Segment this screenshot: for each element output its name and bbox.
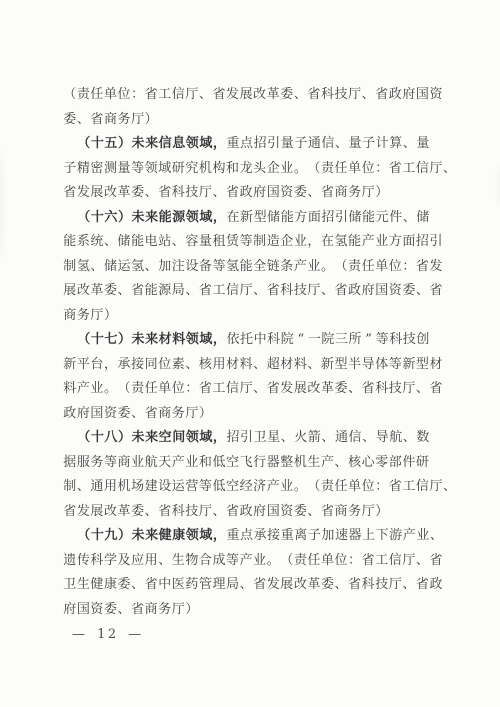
char-cell: 元 xyxy=(375,206,389,231)
char-cell: 省 xyxy=(266,279,280,304)
char-cell: 厅 xyxy=(239,279,253,304)
char-cell: 健 xyxy=(158,524,172,549)
char-cell: 核 xyxy=(348,451,362,476)
char-cell: 下 xyxy=(375,524,389,549)
char-cell: 站 xyxy=(158,230,172,255)
text-line: 料产业。（责任单位：省工信厅、省发展改革委、省科技厅、省 xyxy=(63,377,443,402)
char-cell: 测 xyxy=(104,157,118,182)
char-cell: 国 xyxy=(416,83,430,108)
text-line: 新平台，承接同位素、核用材料、超材料、新型半导体等新型材 xyxy=(63,353,443,378)
char-cell: （ xyxy=(334,255,348,280)
scan-smudge xyxy=(0,150,4,260)
section-heading: （十六）未来能源领域， xyxy=(77,210,226,225)
char-cell: 点 xyxy=(240,132,254,157)
char-cell: 、 xyxy=(185,279,199,304)
char-cell: 研 xyxy=(172,157,186,182)
char-cell: 用 xyxy=(212,353,226,378)
char-cell: 注 xyxy=(172,255,186,280)
char-cell: 产 xyxy=(294,255,308,280)
char-cell: 任 xyxy=(361,255,375,280)
char-cell: 政 xyxy=(429,573,443,598)
char-cell: 业 xyxy=(375,230,389,255)
char-cell: 委 xyxy=(63,108,77,133)
char-cell: 新 xyxy=(63,353,77,378)
text-line: （十七）未来材料领域，依托中科院“一院三所”等科技创 xyxy=(63,328,443,353)
char-cell: 、 xyxy=(117,598,131,623)
char-cell: 改 xyxy=(104,181,118,206)
char-cell: 、 xyxy=(443,157,457,182)
char-cell: 商 xyxy=(104,108,118,133)
text-line: 制、通用机场建设运营等低空经济产业。（责任单位：省工信厅、 xyxy=(63,475,443,500)
char-cell: 、 xyxy=(212,500,226,525)
char-cell: 单 xyxy=(348,157,362,182)
char-cell: 委 xyxy=(131,500,145,525)
char-cell: 、 xyxy=(117,279,131,304)
char-cell: 改 xyxy=(253,83,267,108)
char-cell: 科 xyxy=(389,328,403,353)
char-cell: 及 xyxy=(117,549,131,574)
char-cell: 五 xyxy=(104,132,118,157)
char-cell: 头 xyxy=(253,157,267,182)
char-cell: 资 xyxy=(104,402,118,427)
char-cell: 电 xyxy=(144,230,158,255)
char-cell: 能 xyxy=(131,230,145,255)
char-cell: ： xyxy=(185,377,199,402)
char-cell: 、 xyxy=(321,279,335,304)
text-line: 省发展改革委、省科技厅、省政府国资委、省商务厅） xyxy=(63,181,443,206)
char-cell: 、 xyxy=(362,426,376,451)
char-cell: 来 xyxy=(145,132,159,157)
char-cell: 改 xyxy=(77,279,91,304)
char-cell: 超 xyxy=(266,353,280,378)
char-cell: 件 xyxy=(389,206,403,231)
char-cell: 八 xyxy=(104,426,118,451)
char-cell: 算 xyxy=(389,132,403,157)
char-cell: 十 xyxy=(91,206,105,231)
char-cell: 单 xyxy=(321,549,335,574)
char-cell: 府 xyxy=(77,402,91,427)
char-cell: 省 xyxy=(321,181,335,206)
char-cell: 生 xyxy=(77,573,91,598)
char-cell: （ xyxy=(77,328,91,353)
char-cell: 省 xyxy=(199,377,213,402)
char-cell: 重 xyxy=(226,132,240,157)
char-cell: 资 xyxy=(429,83,443,108)
char-cell: ， xyxy=(213,132,227,157)
char-cell: 厅 xyxy=(361,500,375,525)
char-cell: 系 xyxy=(77,230,91,255)
char-cell: 料 xyxy=(63,377,77,402)
char-cell: 十 xyxy=(91,426,105,451)
char-cell: 成 xyxy=(212,549,226,574)
char-cell: ） xyxy=(375,500,389,525)
char-cell: ： xyxy=(375,475,389,500)
char-cell: 厅 xyxy=(348,83,362,108)
char-cell: 低 xyxy=(212,451,226,476)
char-cell: 展 xyxy=(294,377,308,402)
char-cell: 未 xyxy=(131,426,145,451)
char-cell: 部 xyxy=(389,451,403,476)
char-cell: 领 xyxy=(186,328,200,353)
char-cell: 平 xyxy=(77,353,91,378)
char-cell: 等 xyxy=(104,451,118,476)
char-cell: 在 xyxy=(226,206,240,231)
char-cell: 责 xyxy=(131,377,145,402)
char-cell: 件 xyxy=(402,451,416,476)
char-cell: 依 xyxy=(226,328,240,353)
char-cell: ） xyxy=(144,108,158,133)
char-cell: 和 xyxy=(199,451,213,476)
char-cell: 游 xyxy=(389,524,403,549)
char-cell: 、 xyxy=(253,353,267,378)
char-cell: 航 xyxy=(144,451,158,476)
char-cell: 工 xyxy=(158,83,172,108)
char-cell: 未 xyxy=(131,132,145,157)
char-cell: 数 xyxy=(416,426,430,451)
char-cell: 医 xyxy=(172,573,186,598)
char-cell: ， xyxy=(213,426,227,451)
char-cell: 务 xyxy=(77,304,91,329)
char-cell: （ xyxy=(77,426,91,451)
text-line: （十六）未来能源领域，在新型储能方面招引储能元件、储 xyxy=(63,206,443,231)
char-cell: 储 xyxy=(348,206,362,231)
section-heading: （十九）未来健康领域， xyxy=(77,528,226,543)
char-cell: 氢 xyxy=(334,230,348,255)
char-cell: 星 xyxy=(267,426,281,451)
char-cell: ） xyxy=(118,524,132,549)
char-cell: 政 xyxy=(239,500,253,525)
char-cell: 科 xyxy=(361,573,375,598)
char-cell: 委 xyxy=(104,279,118,304)
char-cell: 、 xyxy=(144,500,158,525)
char-cell: 省 xyxy=(90,108,104,133)
char-cell: 位 xyxy=(361,157,375,182)
text-line: 遗传科学及应用、生物合成等产业。（责任单位：省工信厅、省 xyxy=(63,549,443,574)
char-cell: 府 xyxy=(361,279,375,304)
char-cell: 量 xyxy=(416,132,430,157)
char-cell: 制 xyxy=(63,475,77,500)
char-cell: 经 xyxy=(239,475,253,500)
char-cell: 国 xyxy=(375,279,389,304)
char-cell: 器 xyxy=(266,451,280,476)
char-cell: 。 xyxy=(294,475,308,500)
char-cell: 务 xyxy=(348,181,362,206)
char-cell: 位 xyxy=(334,549,348,574)
char-cell: 应 xyxy=(131,549,145,574)
char-cell: 等 xyxy=(212,255,226,280)
char-cell: 责 xyxy=(321,157,335,182)
char-cell: 省 xyxy=(389,475,403,500)
char-cell: 零 xyxy=(375,451,389,476)
char-cell: 资 xyxy=(280,500,294,525)
char-cell: 革 xyxy=(117,500,131,525)
char-cell: （ xyxy=(63,83,77,108)
char-cell: 、 xyxy=(253,279,267,304)
char-cell: 信 xyxy=(226,377,240,402)
char-cell: 学 xyxy=(104,549,118,574)
char-cell: 托 xyxy=(240,328,254,353)
char-cell: 、 xyxy=(307,500,321,525)
char-cell: 招 xyxy=(226,426,240,451)
char-cell: 究 xyxy=(185,157,199,182)
char-cell: 建 xyxy=(144,475,158,500)
char-cell: 业 xyxy=(280,475,294,500)
char-cell: 、 xyxy=(416,279,430,304)
char-cell: 场 xyxy=(131,475,145,500)
char-cell: 源 xyxy=(158,279,172,304)
char-cell: 产 xyxy=(172,451,186,476)
char-cell: 商 xyxy=(63,304,77,329)
char-cell: 未 xyxy=(131,328,145,353)
char-cell: 发 xyxy=(266,573,280,598)
char-cell: 未 xyxy=(131,206,145,231)
char-cell: 委 xyxy=(402,279,416,304)
char-cell: 造 xyxy=(266,230,280,255)
char-cell: 省 xyxy=(253,573,267,598)
char-cell: 省 xyxy=(226,181,240,206)
char-cell: （ xyxy=(307,475,321,500)
char-cell: 府 xyxy=(253,181,267,206)
char-cell: 省 xyxy=(144,83,158,108)
char-cell: 省 xyxy=(321,500,335,525)
char-cell: 展 xyxy=(280,573,294,598)
char-cell: 省 xyxy=(416,255,430,280)
char-cell: 政 xyxy=(348,279,362,304)
char-cell: 面 xyxy=(402,230,416,255)
char-cell: 低 xyxy=(212,475,226,500)
char-cell: 革 xyxy=(321,377,335,402)
char-cell: 企 xyxy=(266,157,280,182)
char-cell: 导 xyxy=(361,353,375,378)
char-cell: 领 xyxy=(186,206,200,231)
char-cell: 能 xyxy=(63,230,77,255)
char-cell: 府 xyxy=(63,598,77,623)
char-cell: 材 xyxy=(429,353,443,378)
char-cell: 等 xyxy=(239,230,253,255)
char-cell: 产 xyxy=(266,475,280,500)
char-cell: 、 xyxy=(172,230,186,255)
char-cell: 任 xyxy=(334,157,348,182)
char-cell: 产 xyxy=(361,230,375,255)
char-cell: 等 xyxy=(389,353,403,378)
char-cell: ） xyxy=(199,402,213,427)
char-cell: 委 xyxy=(117,573,131,598)
char-cell: 十 xyxy=(91,328,105,353)
char-cell: 、 xyxy=(185,353,199,378)
char-cell: 厅 xyxy=(199,500,213,525)
char-cell: 位 xyxy=(389,255,403,280)
char-cell: 研 xyxy=(416,451,430,476)
char-cell: 生 xyxy=(172,549,186,574)
char-cell: 九 xyxy=(104,524,118,549)
char-cell: 业 xyxy=(185,451,199,476)
char-cell: 机 xyxy=(294,451,308,476)
text-line: 制氢、储运氢、加注设备等氢能全链条产业。（责任单位：省发 xyxy=(63,255,443,280)
char-cell: 技 xyxy=(403,328,417,353)
document-body: （责任单位：省工信厅、省发展改革委、省科技厅、省政府国资委、省商务厅）（十五）未… xyxy=(63,83,443,622)
char-cell: 府 xyxy=(402,83,416,108)
text-line: 府国资委、省商务厅） xyxy=(63,598,443,623)
char-cell: 新 xyxy=(321,353,335,378)
char-cell: 康 xyxy=(172,524,186,549)
text-line: 子精密测量等领域研究机构和龙头企业。（责任单位：省工信厅、 xyxy=(63,157,443,182)
section-heading: （十五）未来信息领域， xyxy=(77,136,226,151)
char-cell: 一 xyxy=(308,328,322,353)
char-cell: 等 xyxy=(375,328,389,353)
char-cell: 型 xyxy=(416,353,430,378)
char-cell: 省 xyxy=(429,549,443,574)
char-cell: 、 xyxy=(90,255,104,280)
char-cell: 承 xyxy=(117,353,131,378)
char-cell: 展 xyxy=(90,181,104,206)
char-cell: ： xyxy=(375,157,389,182)
char-cell: 资 xyxy=(389,279,403,304)
char-cell: 厅 xyxy=(90,304,104,329)
char-cell: 工 xyxy=(375,549,389,574)
char-cell: 院 xyxy=(321,328,335,353)
char-cell: 材 xyxy=(280,353,294,378)
char-cell: 国 xyxy=(266,500,280,525)
char-cell: （ xyxy=(280,549,294,574)
char-cell: 容 xyxy=(185,230,199,255)
char-cell: 方 xyxy=(294,206,308,231)
char-cell: 单 xyxy=(158,377,172,402)
char-cell: 引 xyxy=(267,132,281,157)
char-cell: 省 xyxy=(361,377,375,402)
char-cell: 业 xyxy=(294,230,308,255)
char-cell: 航 xyxy=(389,426,403,451)
char-cell: 和 xyxy=(226,157,240,182)
char-cell: 型 xyxy=(253,206,267,231)
char-cell: 厅 xyxy=(361,181,375,206)
char-cell: 点 xyxy=(240,524,254,549)
char-cell: 发 xyxy=(77,500,91,525)
char-cell: 计 xyxy=(375,132,389,157)
char-cell: 物 xyxy=(185,549,199,574)
char-cell: 产 xyxy=(321,451,335,476)
char-cell: （ xyxy=(77,206,91,231)
char-cell: ） xyxy=(104,304,118,329)
char-cell: 子 xyxy=(308,524,322,549)
char-cell: 领 xyxy=(186,524,200,549)
char-cell: 、 xyxy=(430,524,444,549)
char-cell: 创 xyxy=(416,328,430,353)
char-cell: 信 xyxy=(416,475,430,500)
char-cell: 资 xyxy=(90,598,104,623)
char-cell: ） xyxy=(118,426,132,451)
char-cell: 十 xyxy=(91,132,105,157)
char-cell: 府 xyxy=(253,500,267,525)
char-cell: 心 xyxy=(361,451,375,476)
char-cell: 商 xyxy=(117,451,131,476)
char-cell: 科 xyxy=(172,181,186,206)
char-cell: 能 xyxy=(280,206,294,231)
char-cell: 储 xyxy=(416,206,430,231)
char-cell: 卫 xyxy=(63,573,77,598)
char-cell: 域 xyxy=(199,206,213,231)
char-cell: 精 xyxy=(77,157,91,182)
char-cell: 省 xyxy=(63,500,77,525)
char-cell: 国 xyxy=(77,598,91,623)
char-cell: 服 xyxy=(77,451,91,476)
char-cell: 加 xyxy=(321,524,335,549)
char-cell: 任 xyxy=(307,549,321,574)
char-cell: 务 xyxy=(117,108,131,133)
text-line: 商务厅） xyxy=(63,304,443,329)
char-cell: 招 xyxy=(253,132,267,157)
char-cell: 省 xyxy=(266,377,280,402)
char-cell: 委 xyxy=(104,598,118,623)
char-cell: 引 xyxy=(429,230,443,255)
char-cell: 务 xyxy=(158,598,172,623)
char-cell: 厅 xyxy=(172,598,186,623)
char-cell: 用 xyxy=(144,549,158,574)
char-cell: 委 xyxy=(294,500,308,525)
char-cell: 委 xyxy=(280,83,294,108)
char-cell: 储 xyxy=(267,206,281,231)
char-cell: 省 xyxy=(199,279,213,304)
char-cell: 量 xyxy=(348,132,362,157)
char-cell: 责 xyxy=(294,549,308,574)
char-cell: ， xyxy=(307,230,321,255)
char-cell: 技 xyxy=(375,573,389,598)
char-cell: 业 xyxy=(131,451,145,476)
char-cell: ， xyxy=(104,353,118,378)
text-line: 据服务等商业航天产业和低空飞行器整机生产、核心零部件研 xyxy=(63,451,443,476)
char-cell: 核 xyxy=(199,353,213,378)
char-cell: 发 xyxy=(77,181,91,206)
char-cell: 委 xyxy=(334,377,348,402)
char-cell: 革 xyxy=(307,573,321,598)
char-cell: ： xyxy=(348,549,362,574)
char-cell: 、 xyxy=(361,83,375,108)
char-cell: 技 xyxy=(185,500,199,525)
char-cell: 管 xyxy=(199,573,213,598)
char-cell: 科 xyxy=(280,279,294,304)
char-cell: 同 xyxy=(144,353,158,378)
char-cell: 、 xyxy=(77,475,91,500)
char-cell: 务 xyxy=(172,402,186,427)
text-line: 政府国资委、省商务厅） xyxy=(63,402,443,427)
char-cell: 。 xyxy=(104,377,118,402)
char-cell: 、 xyxy=(104,230,118,255)
char-cell: 量 xyxy=(199,230,213,255)
char-cell: 技 xyxy=(294,279,308,304)
char-cell: 台 xyxy=(90,353,104,378)
char-cell: 能 xyxy=(348,230,362,255)
char-cell: 企 xyxy=(280,230,294,255)
char-cell: 天 xyxy=(158,451,172,476)
char-cell: 领 xyxy=(144,157,158,182)
char-cell: 体 xyxy=(375,353,389,378)
char-cell: 重 xyxy=(226,524,240,549)
char-cell: 信 xyxy=(348,426,362,451)
char-cell: 材 xyxy=(226,353,240,378)
text-line: （责任单位：省工信厅、省发展改革委、省科技厅、省政府国资 xyxy=(63,83,443,108)
char-cell: 委 xyxy=(294,181,308,206)
char-cell: 箭 xyxy=(308,426,322,451)
char-cell: 业 xyxy=(253,549,267,574)
text-line: 能系统、储能电站、容量租赁等制造企业，在氢能产业方面招引 xyxy=(63,230,443,255)
char-cell: 委 xyxy=(131,181,145,206)
char-cell: 构 xyxy=(212,157,226,182)
char-cell: 、 xyxy=(334,573,348,598)
char-cell: 、 xyxy=(294,83,308,108)
char-cell: 等 xyxy=(131,157,145,182)
char-cell: 条 xyxy=(280,255,294,280)
char-cell: ） xyxy=(185,598,199,623)
char-cell: 引 xyxy=(335,206,349,231)
